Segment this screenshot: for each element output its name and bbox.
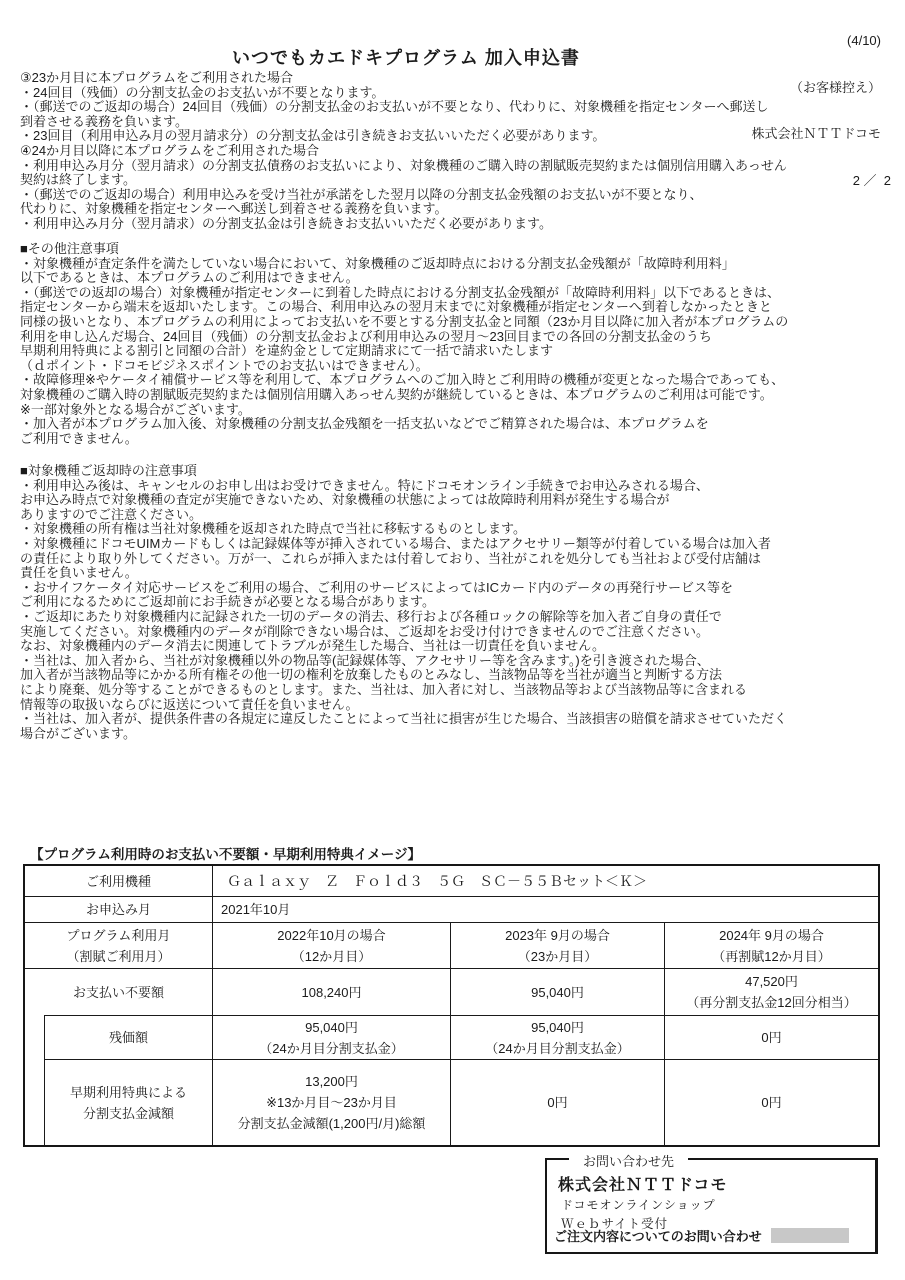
residual-case3: 0円: [664, 1015, 878, 1059]
row-usage-month-label: プログラム利用月 （割賦ご利用月）: [25, 922, 212, 968]
redacted-phone-number: [771, 1228, 849, 1243]
row-early-benefit-label: 早期利用特典による 分割支払金減額: [44, 1059, 212, 1145]
section-other-notes: ■その他注意事項 ・対象機種が査定条件を満たしていない場合において、対象機種のご…: [20, 242, 898, 446]
residual-case1: 95,040円 （24か月目分割支払金）: [212, 1015, 450, 1059]
contact-company-name: 株式会社ＮＴＴドコモ: [558, 1172, 727, 1195]
pricing-table: ご利用機種 Ｇａｌａｘｙ Ｚ Ｆｏｌｄ３ ５Ｇ ＳＣ－５５Ｂセット＜Ｋ＞ お申込…: [23, 864, 880, 1147]
no-payment-case1: 108,240円: [212, 968, 450, 1015]
no-payment-case3: 47,520円 （再分割支払金12回分相当）: [664, 968, 878, 1015]
row-apply-month-value: 2021年10月: [212, 896, 878, 922]
row-device-value: Ｇａｌａｘｙ Ｚ Ｆｏｌｄ３ ５Ｇ ＳＣ－５５Ｂセット＜Ｋ＞: [212, 866, 878, 896]
contact-channel: ドコモオンラインショップ: [561, 1196, 716, 1213]
contact-box: お問い合わせ先 株式会社ＮＴＴドコモ ドコモオンラインショップ Ｗｅｂサイト受付…: [545, 1158, 878, 1254]
order-inquiry-label: ご注文内容についてのお問い合わせ: [554, 1226, 762, 1245]
early-benefit-case2: 0円: [450, 1059, 664, 1145]
early-benefit-case3: 0円: [664, 1059, 878, 1145]
contact-box-legend: お問い合わせ先: [569, 1151, 688, 1170]
row-apply-month-label: お申込み月: [25, 896, 212, 922]
pricing-table-caption: 【プログラム利用時のお支払い不要額・早期利用特典イメージ】: [30, 843, 421, 863]
sheet-number: (4/10): [752, 33, 881, 49]
row-residual-label: 残価額: [44, 1015, 212, 1059]
order-inquiry-row: ご注文内容についてのお問い合わせ: [554, 1226, 849, 1245]
row-no-payment-label: お支払い不要額: [25, 968, 212, 1015]
document-page: (4/10) （お客様控え） 株式会社ＮＴＴドコモ 2 ／ 2 いつでもカエドキ…: [0, 0, 905, 1280]
row-device-label: ご利用機種: [25, 866, 212, 896]
residual-case2: 95,040円 （24か月目分割支払金）: [450, 1015, 664, 1059]
no-payment-case2: 95,040円: [450, 968, 664, 1015]
sub-row-indent-spacer: [25, 1015, 44, 1145]
section-return-notes: ■対象機種ご返却時の注意事項 ・利用申込み後は、キャンセルのお申し出はお受けでき…: [20, 464, 898, 741]
section-usage-cases: ③23か月目に本プログラムをご利用された場合 ・24回目（残価）の分割支払金のお…: [20, 71, 898, 232]
document-title: いつでもカエドキプログラム 加入申込書: [232, 44, 580, 70]
usage-month-case2: 2023年 9月の場合 （23か月目）: [450, 922, 664, 968]
early-benefit-case1: 13,200円 ※13か月目〜23か月目 分割支払金減額(1,200円/月)総額: [212, 1059, 450, 1145]
usage-month-case1: 2022年10月の場合 （12か月目）: [212, 922, 450, 968]
usage-month-case3: 2024年 9月の場合 （再割賦12か月目）: [664, 922, 878, 968]
